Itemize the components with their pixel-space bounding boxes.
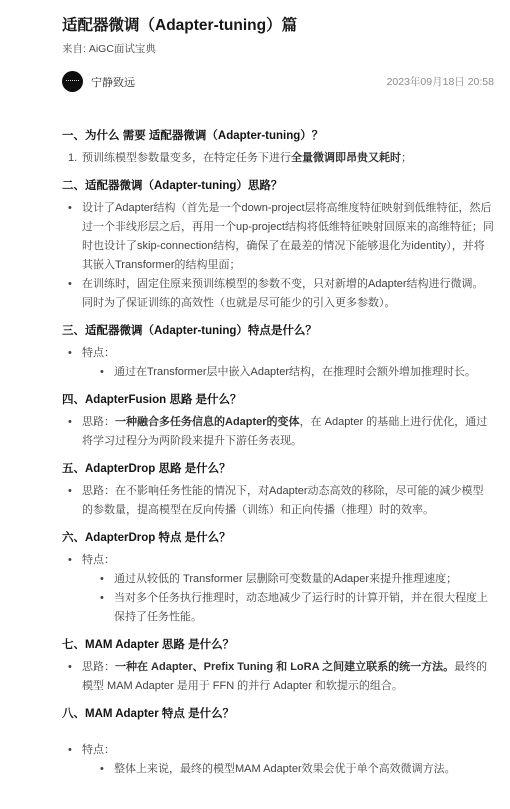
section-heading: 六、AdapterDrop 特点 是什么？ [62,530,494,546]
sub-list-item: •通过从较低的 Transformer 层删除可变数量的Adaper来提升推理速… [100,570,494,589]
section-items: 1.预训练模型参数量变多，在特定任务下进行全量微调即昂贵又耗时； [62,149,494,168]
bullet-icon: • [100,589,104,608]
section-items: •思路：一种在 Adapter、Prefix Tuning 和 LoRA 之间建… [62,658,494,696]
sub-list-item: •整体上来说，最终的模型MAM Adapter效果会优于单个高效微调方法。 [100,760,494,779]
article-body: 一、为什么 需要 适配器微调（Adapter-tuning）？1.预训练模型参数… [62,128,494,779]
list-item: •设计了Adapter结构（首先是一个down-project层将高维度特征映射… [68,199,494,275]
bullet-icon: • [100,570,104,589]
list-item-text: 通过在Transformer层中嵌入Adapter结构，在推理时会额外增加推理时… [114,366,476,378]
text-run: 特点： [82,347,115,359]
bullet-icon: • [100,760,104,779]
text-run: 思路： [82,661,115,673]
section-3: 三、适配器微调（Adapter-tuning）特点是什么？•特点：•通过在Tra… [62,323,494,382]
list-item-text: 特点： [82,347,115,359]
section-4: 四、AdapterFusion 思路 是什么？•思路：一种融合多任务信息的Ada… [62,392,494,451]
list-item: •思路：在不影响任务性能的情况下，对Adapter动态高效的移除，尽可能的减少模… [68,482,494,520]
bullet-icon: • [68,199,72,218]
bullet-icon: • [68,482,72,501]
list-item-text: 当对多个任务执行推理时，动态地减少了运行时的计算开销，并在很大程度上保持了任务性… [114,592,488,623]
text-run: 特点： [82,554,115,566]
text-run: ； [401,152,412,164]
text-run: 当对多个任务执行推理时，动态地减少了运行时的计算开销，并在很大程度上保持了任务性… [114,592,488,623]
section-7: 七、MAM Adapter 思路 是什么？•思路：一种在 Adapter、Pre… [62,637,494,696]
list-item-text: 设计了Adapter结构（首先是一个down-project层将高维度特征映射到… [82,202,494,271]
highlighted-text: 一种在 Adapter、Prefix Tuning 和 LoRA 之间建立联系的… [115,661,454,673]
byline: 宁静致远 2023年09月18日 20:58 [62,71,494,92]
list-item-text: 特点： [82,554,115,566]
section-2: 二、适配器微调（Adapter-tuning）思路？•设计了Adapter结构（… [62,178,494,313]
bullet-icon: • [100,363,104,382]
section-items: •特点：•通过从较低的 Transformer 层删除可变数量的Adaper来提… [62,551,494,627]
bullet-icon: • [68,551,72,570]
section-1: 一、为什么 需要 适配器微调（Adapter-tuning）？1.预训练模型参数… [62,128,494,168]
bullet-icon: • [68,658,72,677]
list-number: 1. [68,149,77,168]
text-run: 思路： [82,416,115,428]
bullet-icon: • [68,275,72,294]
section-items: •特点：•通过在Transformer层中嵌入Adapter结构，在推理时会额外… [62,344,494,382]
sub-list-item: •通过在Transformer层中嵌入Adapter结构，在推理时会额外增加推理… [100,363,494,382]
text-run: 通过在Transformer层中嵌入Adapter结构，在推理时会额外增加推理时… [114,366,476,378]
text-run: 思路：在不影响任务性能的情况下，对Adapter动态高效的移除，尽可能的减少模型… [82,485,484,516]
list-item-text: 通过从较低的 Transformer 层删除可变数量的Adaper来提升推理速度… [114,573,457,585]
section-heading: 二、适配器微调（Adapter-tuning）思路？ [62,178,494,194]
author-avatar[interactable] [62,71,83,92]
bullet-icon: • [68,344,72,363]
author-name[interactable]: 宁静致远 [91,74,135,90]
text-run: 特点： [82,744,115,756]
list-item-text: 特点： [82,744,115,756]
page-title: 适配器微调（Adapter-tuning）篇 [62,16,494,35]
highlighted-text: 全量微调即昂贵又耗时 [291,152,401,164]
list-item: •思路：一种融合多任务信息的Adapter的变体，在 Adapter 的基础上进… [68,413,494,451]
section-heading: 五、AdapterDrop 思路 是什么？ [62,461,494,477]
list-item-text: 在训练时，固定住原来预训练模型的参数不变，只对新增的Adapter结构进行微调。… [82,278,484,309]
list-item: •思路：一种在 Adapter、Prefix Tuning 和 LoRA 之间建… [68,658,494,696]
sub-list-item: •当对多个任务执行推理时，动态地减少了运行时的计算开销，并在很大程度上保持了任务… [100,589,494,627]
section-heading: 三、适配器微调（Adapter-tuning）特点是什么？ [62,323,494,339]
section-items: •特点：•整体上来说，最终的模型MAM Adapter效果会优于单个高效微调方法… [62,741,494,779]
text-run: 通过从较低的 Transformer 层删除可变数量的Adaper来提升推理速度… [114,573,457,585]
text-run: 设计了Adapter结构（首先是一个down-project层将高维度特征映射到… [82,202,494,271]
highlighted-text: 一种融合多任务信息的Adapter的变体 [115,416,300,428]
section-heading: 一、为什么 需要 适配器微调（Adapter-tuning）？ [62,128,494,144]
bullet-icon: • [68,413,72,432]
list-item: •在训练时，固定住原来预训练模型的参数不变，只对新增的Adapter结构进行微调… [68,275,494,313]
list-item-text: 整体上来说，最终的模型MAM Adapter效果会优于单个高效微调方法。 [114,763,456,775]
list-item-text: 预训练模型参数量变多，在特定任务下进行全量微调即昂贵又耗时； [82,152,412,164]
publish-datetime: 2023年09月18日 20:58 [387,74,494,89]
bullet-icon: • [68,741,72,760]
section-items: •思路：一种融合多任务信息的Adapter的变体，在 Adapter 的基础上进… [62,413,494,451]
list-item: •特点： [68,344,494,363]
text-run: 预训练模型参数量变多，在特定任务下进行 [82,152,291,164]
document-header: 适配器微调（Adapter-tuning）篇 来自: AiGC面试宝典 宁静致远… [62,16,494,92]
text-run: 在训练时，固定住原来预训练模型的参数不变，只对新增的Adapter结构进行微调。… [82,278,484,309]
section-heading: 四、AdapterFusion 思路 是什么？ [62,392,494,408]
list-item-text: 思路：一种融合多任务信息的Adapter的变体，在 Adapter 的基础上进行… [82,416,487,447]
section-items: •思路：在不影响任务性能的情况下，对Adapter动态高效的移除，尽可能的减少模… [62,482,494,520]
section-heading: 七、MAM Adapter 思路 是什么？ [62,637,494,653]
document-page: 适配器微调（Adapter-tuning）篇 来自: AiGC面试宝典 宁静致远… [0,0,510,809]
section-5: 五、AdapterDrop 思路 是什么？•思路：在不影响任务性能的情况下，对A… [62,461,494,520]
list-item: 1.预训练模型参数量变多，在特定任务下进行全量微调即昂贵又耗时； [68,149,494,168]
section-heading: 八、MAM Adapter 特点 是什么？ [62,706,494,722]
list-item: •特点： [68,551,494,570]
list-item-text: 思路：一种在 Adapter、Prefix Tuning 和 LoRA 之间建立… [82,661,487,692]
text-run: 整体上来说，最终的模型MAM Adapter效果会优于单个高效微调方法。 [114,763,456,775]
list-item-text: 思路：在不影响任务性能的情况下，对Adapter动态高效的移除，尽可能的减少模型… [82,485,484,516]
list-item: •特点： [68,741,494,760]
section-6: 六、AdapterDrop 特点 是什么？•特点：•通过从较低的 Transfo… [62,530,494,627]
section-items: •设计了Adapter结构（首先是一个down-project层将高维度特征映射… [62,199,494,313]
section-8: 八、MAM Adapter 特点 是什么？•特点：•整体上来说，最终的模型MAM… [62,706,494,779]
source-label: 来自: AiGC面试宝典 [62,42,494,56]
